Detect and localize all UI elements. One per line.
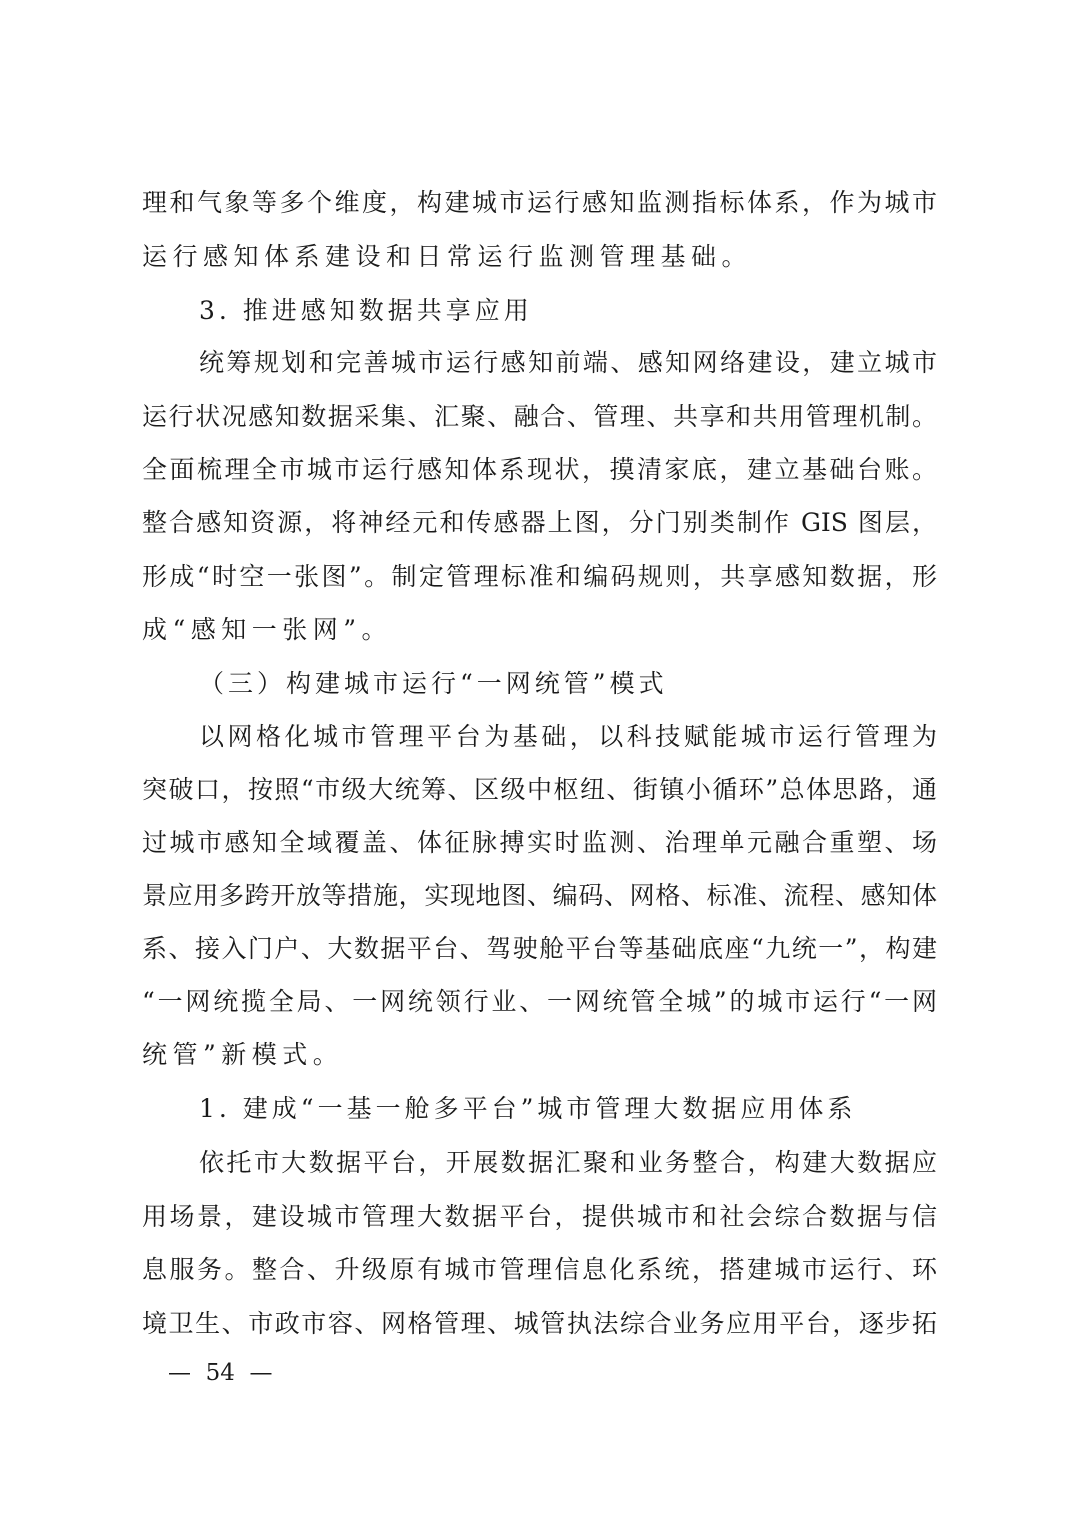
subsection-heading: 1. 建成“一基一舱多平台”城市管理大数据应用体系 [199, 1089, 937, 1129]
body-text-line: 依托市大数据平台，开展数据汇聚和业务整合，构建大数据应 [199, 1143, 937, 1183]
body-text-line: 境卫生、市政市容、网格管理、城管执法综合业务应用平台，逐步拓 [142, 1304, 937, 1344]
body-text-line: 息服务。整合、升级原有城市管理信息化系统，搭建城市运行、环 [142, 1250, 937, 1290]
body-text-line: 成“感知一张网”。 [142, 610, 937, 650]
body-text-line: 景应用多跨开放等措施，实现地图、编码、网格、标准、流程、感知体 [142, 876, 937, 916]
subsection-heading: 3. 推进感知数据共享应用 [199, 291, 937, 331]
body-text-line: 整合感知资源，将神经元和传感器上图，分门别类制作 GIS 图层， [142, 503, 937, 543]
body-text-line: 形成“时空一张图”。制定管理标准和编码规则，共享感知数据，形 [142, 557, 937, 597]
body-text-line: 过城市感知全域覆盖、体征脉搏实时监测、治理单元融合重塑、场 [142, 823, 937, 863]
body-text-line: 系、接入门户、大数据平台、驾驶舱平台等基础底座“九统一”，构建 [142, 929, 937, 969]
body-text-line: 用场景，建设城市管理大数据平台，提供城市和社会综合数据与信 [142, 1197, 937, 1237]
body-text-line: 全面梳理全市城市运行感知体系现状，摸清家底，建立基础台账。 [142, 450, 937, 490]
body-text-line: 理和气象等多个维度，构建城市运行感知监测指标体系，作为城市 [142, 183, 937, 223]
section-heading: （三）构建城市运行“一网统管”模式 [199, 664, 937, 704]
body-text-line: 突破口，按照“市级大统筹、区级中枢纽、街镇小循环”总体思路，通 [142, 770, 937, 810]
body-text-line: 统筹规划和完善城市运行感知前端、感知网络建设，建立城市 [199, 343, 937, 383]
body-text-line: “一网统揽全局、一网统领行业、一网统管全城”的城市运行“一网 [142, 982, 937, 1022]
body-text-line: 以网格化城市管理平台为基础，以科技赋能城市运行管理为 [199, 717, 937, 757]
page-number: — 54 — [168, 1355, 273, 1391]
body-text-line: 运行状况感知数据采集、汇聚、融合、管理、共享和共用管理机制。 [142, 397, 937, 437]
body-text-line: 统管”新模式。 [142, 1035, 937, 1075]
body-text-line: 运行感知体系建设和日常运行监测管理基础。 [142, 237, 937, 277]
document-page: 理和气象等多个维度，构建城市运行感知监测指标体系，作为城市 运行感知体系建设和日… [0, 0, 1080, 1527]
